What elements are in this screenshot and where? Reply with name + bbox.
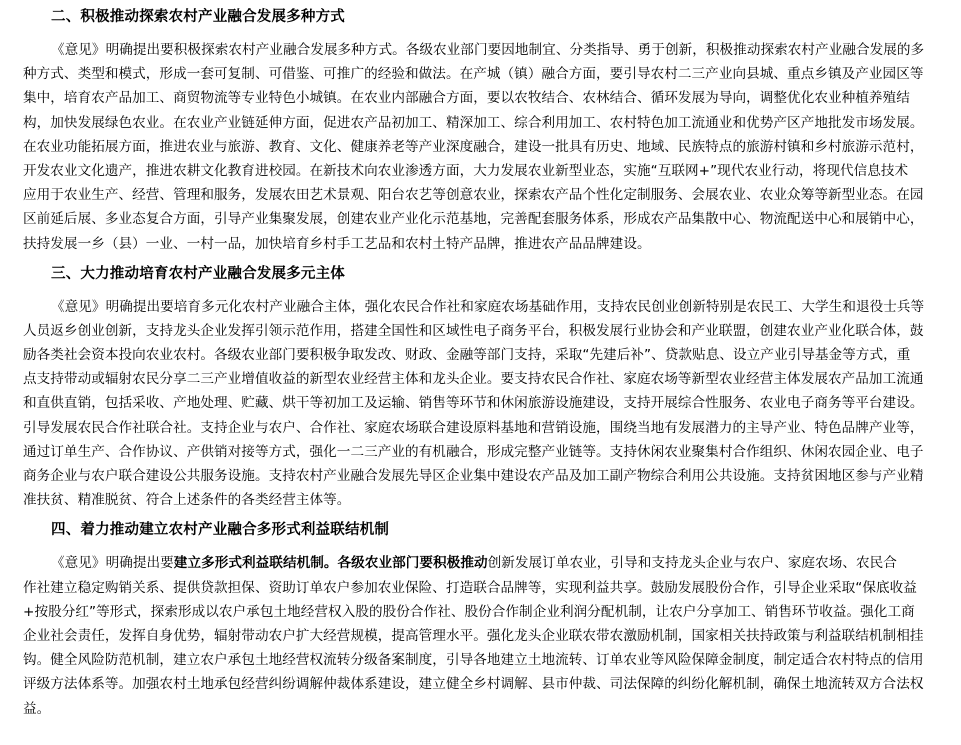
paragraph-line: 《意见》明确提出要建立多形式利益联结机制。各级农业部门要积极推动创新发展订单农业… bbox=[23, 551, 953, 575]
paragraph-line: 企业社会责任，发挥自身优势，辐射带动农户扩大经营规模，提高管理水平。强化龙头企业… bbox=[23, 624, 953, 648]
section-heading-2: 二、积极推动探索农村产业融合发展多种方式 bbox=[23, 5, 953, 29]
paragraph-line: 评级方法体系等。加强农村土地承包经营纠纷调解仲裁体系建设，建立健全乡村调解、县市… bbox=[23, 672, 953, 696]
paragraph-line: 应用于农业生产、经营、管理和服务，发展农田艺术景观、阳台农艺等创意农业，探索农产… bbox=[23, 183, 953, 207]
paragraph-text: 创新发展订单农业，引导和支持龙头企业与农户、家庭农场、农民合 bbox=[488, 555, 897, 571]
section-heading-4: 四、着力推动建立农村产业融合多形式利益联结机制 bbox=[23, 518, 953, 542]
paragraph-line: 作社建立稳定购销关系、提供贷款担保、资助订单农户参加农业保险、打造联合品牌等，实… bbox=[23, 576, 953, 600]
article-body: 二、积极推动探索农村产业融合发展多种方式 《意见》明确提出要积极探索农村产业融合… bbox=[0, 0, 953, 721]
paragraph-line: 扶持发展一乡（县）一业、一村一品，加快培育乡村手工艺品和农村土特产品牌，推进农产… bbox=[23, 232, 953, 256]
paragraph-line: 益。 bbox=[23, 697, 953, 721]
paragraph-line: 《意见》明确提出要培育多元化农村产业融合主体，强化农民合作社和家庭农场基础作用，… bbox=[23, 295, 953, 319]
paragraph-line: 引导发展农民合作社联合社。支持企业与农户、合作社、家庭农场联合建设原料基地和营销… bbox=[23, 416, 953, 440]
paragraph-line: 通过订单生产、合作协议、产供销对接等方式，强化一二三产业的有机融合，形成完整产业… bbox=[23, 440, 953, 464]
paragraph-line: 《意见》明确提出要积极探索农村产业融合发展多种方式。各级农业部门要因地制宜、分类… bbox=[23, 38, 953, 62]
section-paragraph-2: 《意见》明确提出要积极探索农村产业融合发展多种方式。各级农业部门要因地制宜、分类… bbox=[23, 38, 953, 256]
paragraph-line: 开发农业文化遗产，推进农耕文化教育进校园。在新技术向农业渗透方面，大力发展农业新… bbox=[23, 159, 953, 183]
section-paragraph-3: 《意见》明确提出要培育多元化农村产业融合主体，强化农民合作社和家庭农场基础作用，… bbox=[23, 295, 953, 513]
paragraph-line: 励各类社会资本投向农业农村。各级农业部门要积极争取发改、财政、金融等部门支持，采… bbox=[23, 343, 953, 367]
section-heading-3: 三、大力推动培育农村产业融合发展多元主体 bbox=[23, 262, 953, 286]
paragraph-line: 商务企业与农户联合建设公共服务设施。支持农村产业融合发展先导区企业集中建设农产品… bbox=[23, 464, 953, 488]
paragraph-line: 区前延后展、多业态复合方面，引导产业集聚发展，创建农业产业化示范基地，完善配套服… bbox=[23, 207, 953, 231]
paragraph-line: 集中，培育农产品加工、商贸物流等专业特色小城镇。在农业内部融合方面，要以农牧结合… bbox=[23, 86, 953, 110]
emphasized-text: 建立多形式利益联结机制。各级农业部门要积极推动 bbox=[174, 555, 488, 571]
paragraph-line: 在农业功能拓展方面，推进农业与旅游、教育、文化、健康养老等产业深度融合，建设一批… bbox=[23, 135, 953, 159]
paragraph-line: 钩。健全风险防范机制，建立农户承包土地经营权流转分级备案制度，引导各地建立土地流… bbox=[23, 648, 953, 672]
section-paragraph-4: 《意见》明确提出要建立多形式利益联结机制。各级农业部门要积极推动创新发展订单农业… bbox=[23, 551, 953, 720]
paragraph-line: 构，加快发展绿色农业。在农业产业链延伸方面，促进农产品初加工、精深加工、综合利用… bbox=[23, 111, 953, 135]
paragraph-line: 和直供直销，包括采收、产地处理、贮藏、烘干等初加工及运输、销售等环节和休闲旅游设… bbox=[23, 391, 953, 415]
paragraph-line: +按股分红”等形式，探索形成以农户承包土地经营权入股的股份合作社、股份合作制企业… bbox=[23, 600, 953, 624]
paragraph-line: 种方式、类型和模式，形成一套可复制、可借鉴、可推广的经验和做法。在产城（镇）融合… bbox=[23, 62, 953, 86]
paragraph-line: 准扶贫、精准脱贫、符合上述条件的各类经营主体等。 bbox=[23, 488, 953, 512]
paragraph-line: 人员返乡创业创新，支持龙头企业发挥引领示范作用，搭建全国性和区域性电子商务平台，… bbox=[23, 319, 953, 343]
paragraph-text: 《意见》明确提出要 bbox=[51, 555, 174, 571]
paragraph-line: 点支持带动或辐射农民分享二三产业增值收益的新型农业经营主体和龙头企业。要支持农民… bbox=[23, 367, 953, 391]
